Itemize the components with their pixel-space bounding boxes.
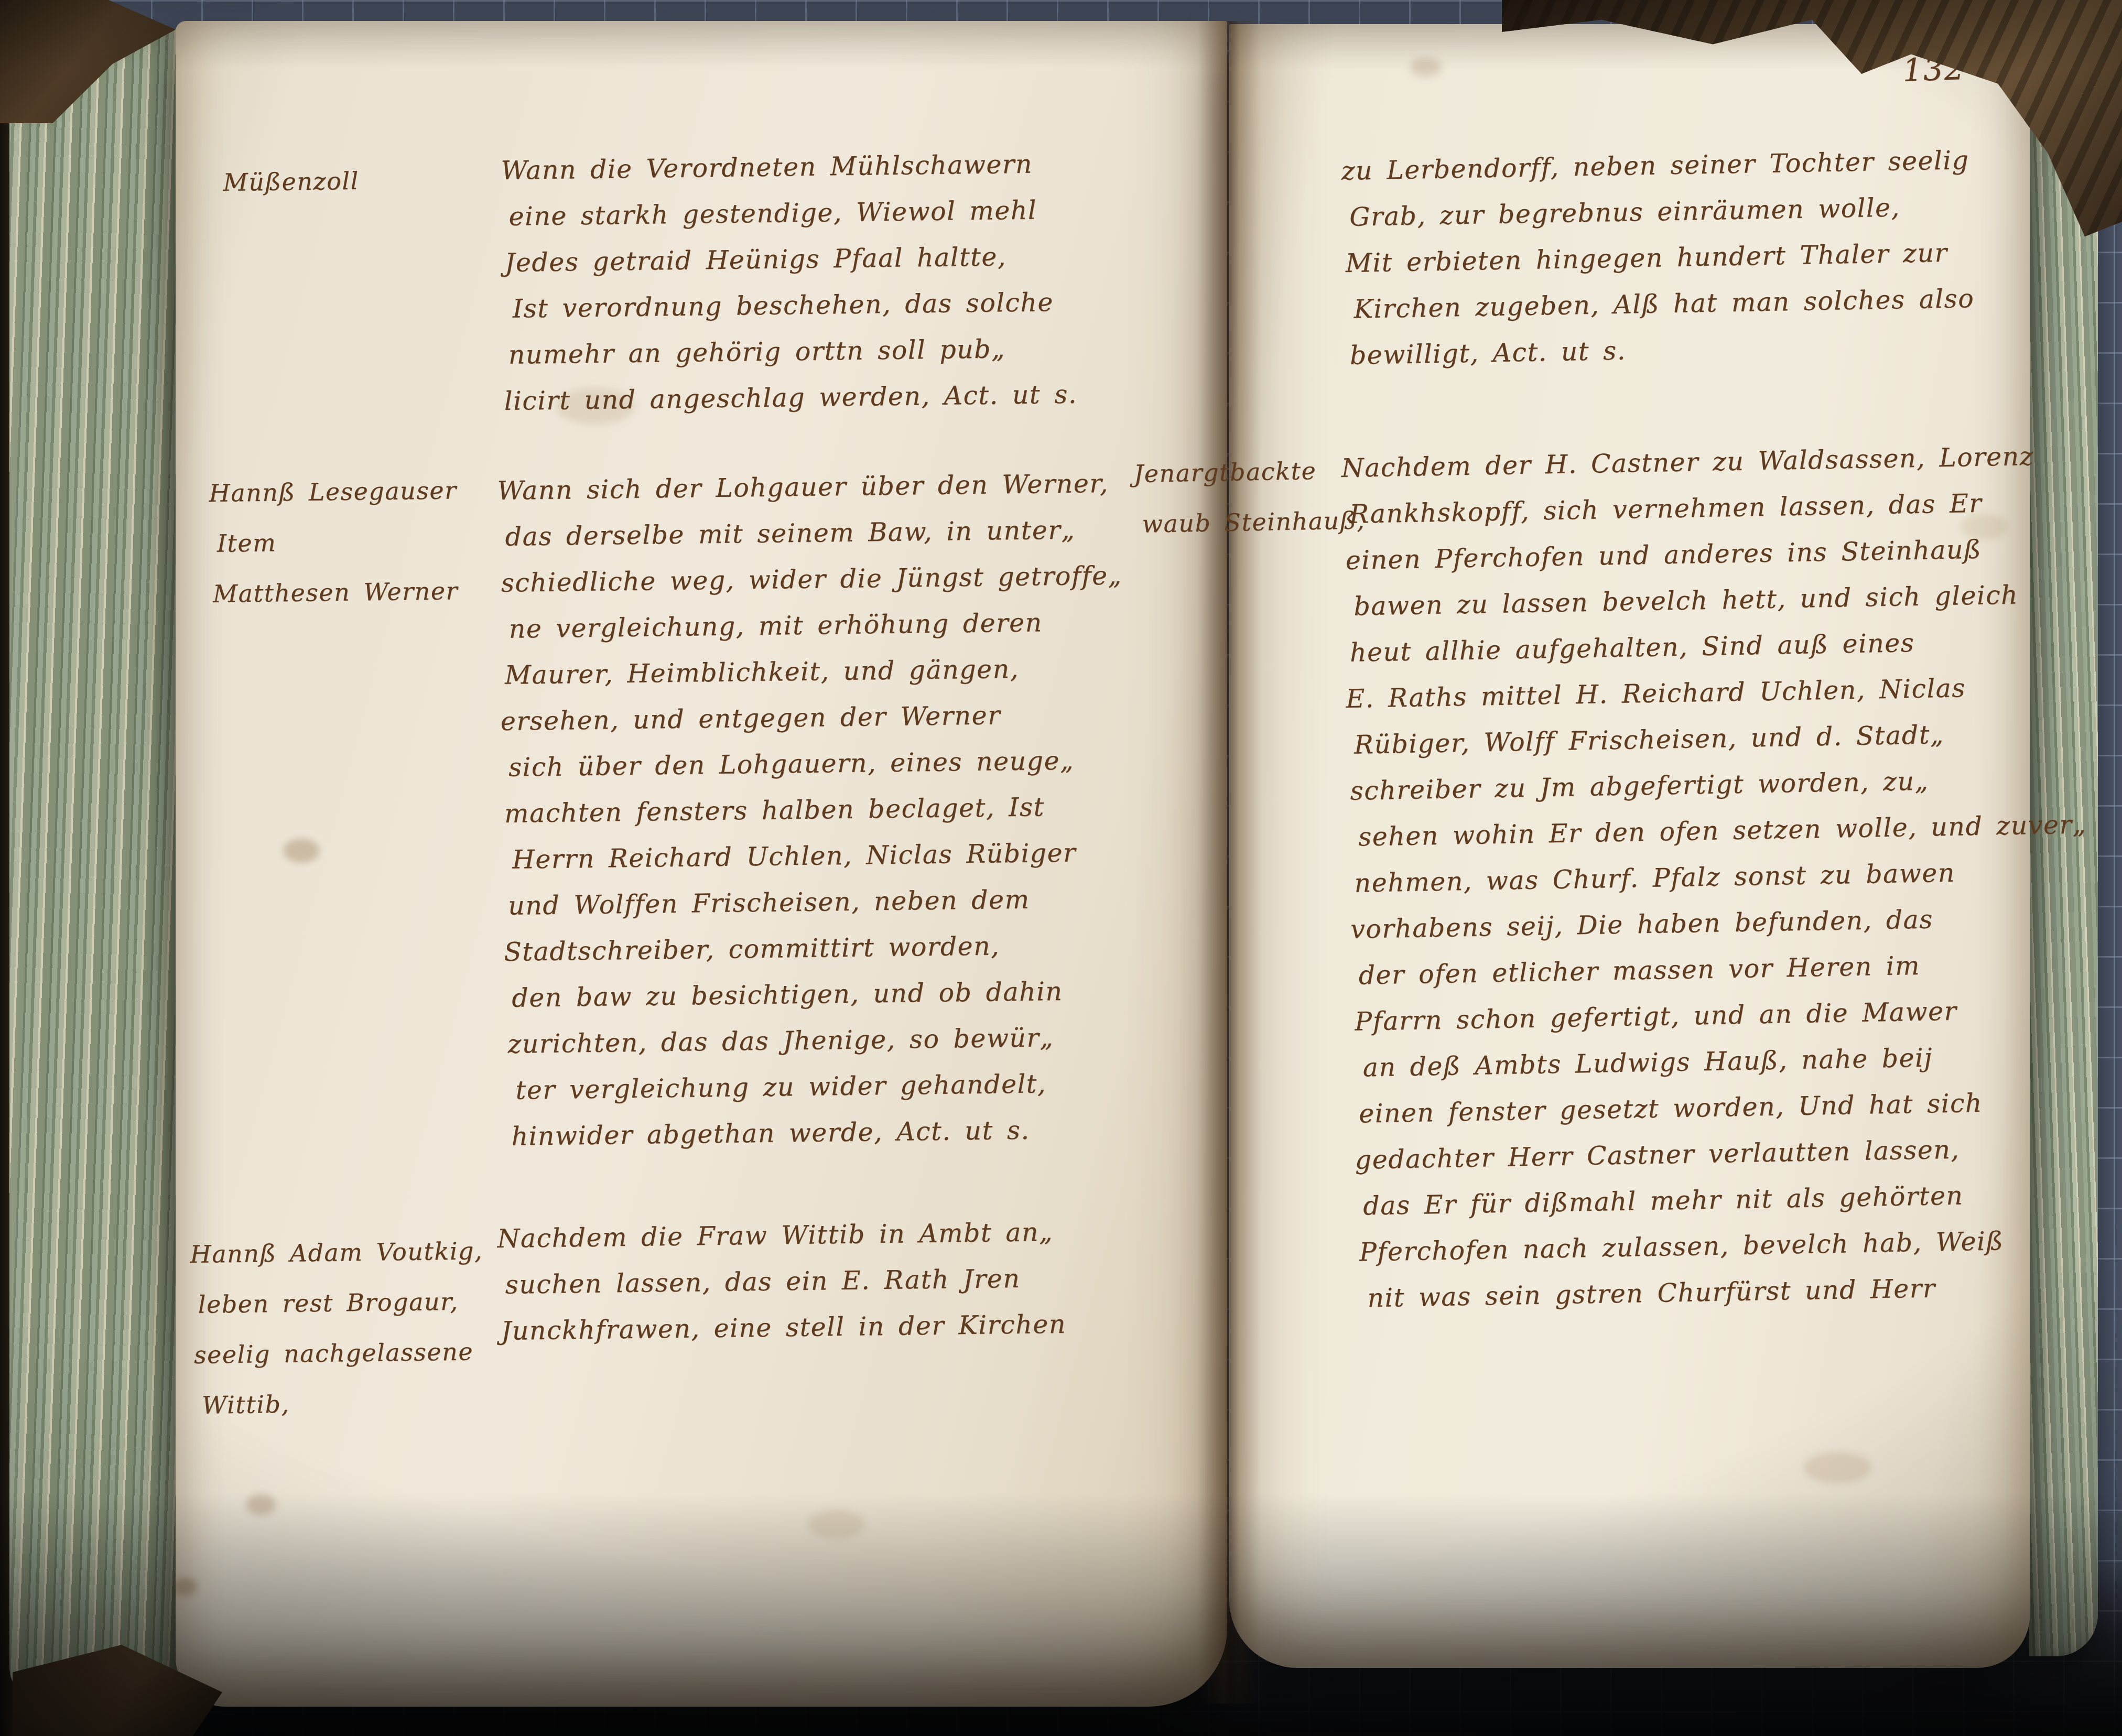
manuscript-text-line: numehr an gehörig orttn soll pub„ <box>508 325 1077 378</box>
manuscript-text-line: den baw zu besichtigen, und ob dahin <box>512 968 1128 1021</box>
manuscript-text-line: machten fensters halben beclaget, Ist <box>504 783 1125 837</box>
manuscript-text-line: waub Steinhauß, <box>1142 495 1366 549</box>
entry3-body: Nachdem die Fraw Wittib in Ambt an„suche… <box>497 1209 1067 1354</box>
manuscript-text-line: zurichten, das das Jhenige, so bewür„ <box>507 1014 1128 1067</box>
margin-note-right-entry2: Jenargtbacktewaub Steinhauß, <box>1133 444 1366 549</box>
manuscript-text-line: Jenargtbackte <box>1133 444 1365 499</box>
manuscript-text-line: ter vergleichung zu wider gehandelt, <box>515 1060 1129 1113</box>
manuscript-text-line: Stadtschreiber, committirt worden, <box>504 921 1127 975</box>
manuscript-text-line: Nachdem die Fraw Wittib in Ambt an„ <box>497 1209 1065 1262</box>
manuscript-text-line: und Wolffen Frischeisen, neben dem <box>508 875 1127 929</box>
margin-note-entry3: Hannß Adam Voutkig,leben rest Brogaur,se… <box>190 1225 485 1430</box>
ink-stain <box>173 1578 197 1596</box>
manuscript-text-line: Hannß Lesegauser <box>209 465 457 518</box>
manuscript-text-line: licirt und angeschlag werden, Act. ut s. <box>504 372 1077 425</box>
manuscript-text-line: ersehen, und entgegen der Werner <box>500 691 1124 745</box>
manuscript-text-line: Junckhfrawen, eine stell in der Kirchen <box>501 1301 1066 1354</box>
manuscript-text-line: seelig nachgelassene <box>193 1326 484 1380</box>
manuscript-text-line: das derselbe mit seinem Baw, in unter„ <box>505 506 1122 560</box>
manuscript-text-line: Item <box>216 515 458 569</box>
right-entry1-body: zu Lerbendorff, neben seiner Tochter see… <box>1341 137 1975 379</box>
manuscript-text-line: hinwider abgethan werde, Act. ut s. <box>511 1106 1129 1159</box>
manuscript-text-line: Wittib, <box>202 1376 485 1430</box>
foxing-stain <box>807 1510 865 1539</box>
manuscript-text-line: Ist verordnung beschehen, das solche <box>512 279 1076 332</box>
entry1-body: Wann die Verordneten Mühlschawerneine st… <box>501 141 1077 425</box>
manuscript-text-line: Müßenzoll <box>223 156 359 208</box>
margin-note-entry2: Hannß LesegauserItemMatthesen Werner <box>209 465 459 619</box>
manuscript-text-line: schiedliche weg, wider die Jüngst getrof… <box>501 552 1122 606</box>
manuscript-text-line: Wann die Verordneten Mühlschawern <box>501 141 1075 194</box>
manuscript-text-line: suchen lassen, das ein E. Rath Jren <box>505 1255 1066 1308</box>
foxing-stain <box>1410 58 1442 77</box>
manuscript-text-line: Matthesen Werner <box>212 566 458 619</box>
manuscript-text-line: ne vergleichung, mit erhöhung deren <box>508 599 1123 652</box>
entry2-body: Wann sich der Lohgauer über den Werner,d… <box>497 460 1129 1159</box>
ink-stain <box>246 1494 276 1515</box>
ink-stain <box>283 839 320 863</box>
page-fore-edge-left <box>9 29 178 1704</box>
book-gutter <box>1198 21 1261 1704</box>
manuscript-text-line: eine starkh gestendige, Wiewol mehl <box>508 187 1075 240</box>
margin-note-entry1: Müßenzoll <box>223 156 359 208</box>
photograph-backdrop: 132 Müßenzoll Wann die Verordneten Mühls… <box>0 0 2122 1736</box>
manuscript-text-line: leben rest Brogaur, <box>198 1276 484 1330</box>
manuscript-text-line: Maurer, Heimblichkeit, und gängen, <box>504 645 1123 698</box>
manuscript-text-line: Jedes getraid Heünigs Pfaal haltte, <box>504 233 1076 286</box>
foxing-stain <box>1803 1452 1871 1483</box>
manuscript-text-line: Herrn Reichard Uchlen, Niclas Rübiger <box>512 829 1126 883</box>
manuscript-text-line: sich über den Lohgauern, eines neuge„ <box>508 737 1124 790</box>
right-entry2-body: Nachdem der H. Castner zu Waldsassen, Lo… <box>1341 432 2095 1321</box>
manuscript-text-line: Hannß Adam Voutkig, <box>190 1225 483 1279</box>
manuscript-text-line: Wann sich der Lohgauer über den Werner, <box>497 460 1121 514</box>
